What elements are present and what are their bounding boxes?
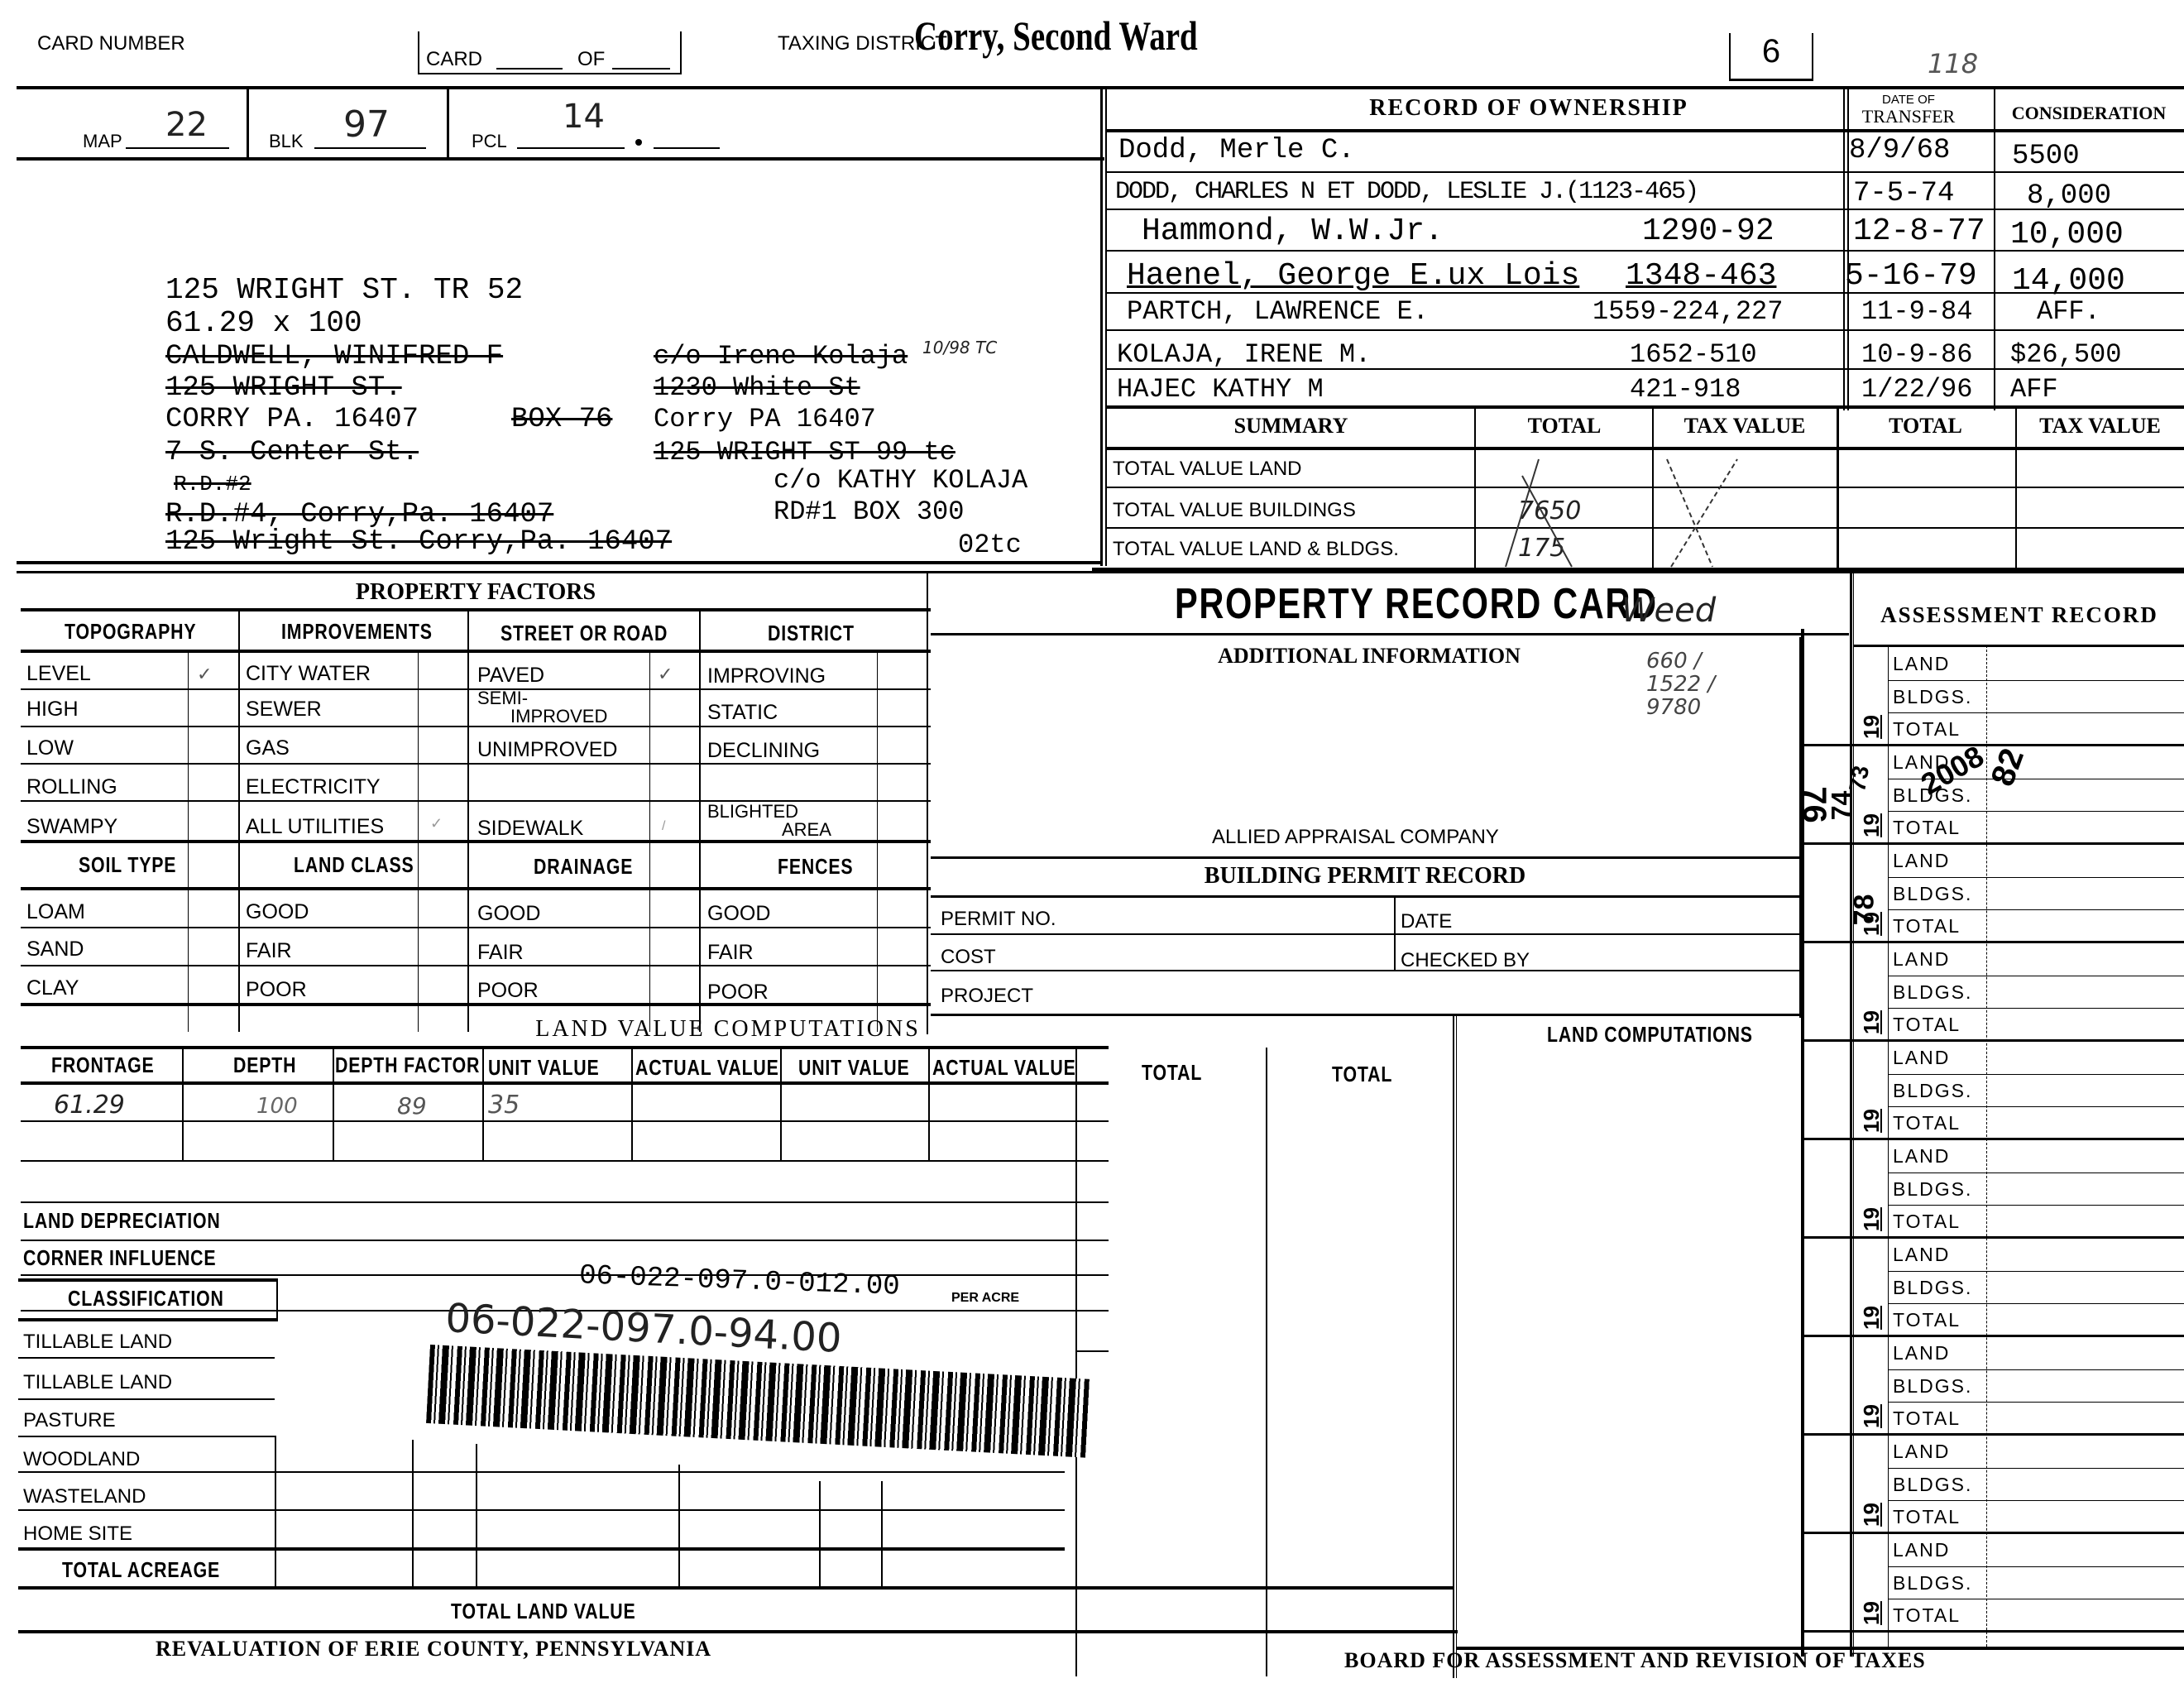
rule	[1453, 1016, 1454, 1678]
rule	[1075, 1350, 1109, 1352]
factor-low: LOW	[26, 736, 74, 760]
assessment-value-field[interactable]	[1988, 877, 2184, 910]
map-label: MAP	[83, 131, 122, 152]
old-box: BOX 76	[511, 404, 612, 435]
class-home-site: HOME SITE	[23, 1523, 132, 1546]
assessment-row-label: BLDGS.	[1893, 686, 1972, 708]
summary-title: SUMMARY	[1107, 414, 1475, 439]
corner-note: 118	[1928, 48, 1978, 79]
additional-info-handwritten: 660 / 1522 / 9780	[1646, 650, 1729, 719]
handwritten-year-73: 73	[1844, 764, 1875, 794]
summary-label: TOTAL VALUE LAND & BLDGS.	[1113, 538, 1399, 561]
old-care-of-note: 10/98 TC	[922, 338, 997, 357]
assessment-row-label: LAND	[1893, 948, 1950, 971]
transfer-date: 5-16-79	[1845, 258, 1977, 294]
frontage-value: 61.29	[54, 1091, 125, 1120]
old-owner-street: 125 WRIGHT ST.	[165, 372, 402, 404]
class-woodland: WOODLAND	[23, 1448, 140, 1471]
rule	[1888, 976, 2184, 976]
rule	[1107, 129, 2184, 132]
rule	[1456, 1016, 1457, 1678]
classification-label: CLASSIFICATION	[68, 1286, 224, 1312]
appraisal-company: ALLIED APPRAISAL COMPANY	[1212, 826, 1499, 849]
assessment-row-label: TOTAL	[1893, 1506, 1961, 1528]
rule	[1888, 1074, 2184, 1075]
taxing-district-label: TAXING DISTRICT	[778, 33, 885, 55]
ownership-title: RECORD OF OWNERSHIP	[1107, 95, 1951, 122]
assessment-value-field[interactable]	[1988, 1041, 2184, 1074]
care-of-city: Corry PA 16407	[654, 404, 876, 434]
permit-date-label[interactable]: DATE	[1401, 910, 1452, 933]
summary-col-total: TOTAL	[1477, 414, 1652, 439]
consideration: 14,000	[2012, 263, 2125, 299]
assessment-value-field[interactable]	[1988, 1369, 2184, 1403]
assessment-row-label: LAND	[1893, 1441, 1950, 1463]
rule	[17, 571, 2184, 573]
rule	[1801, 629, 1804, 1657]
assessment-value-field[interactable]	[1988, 1172, 2184, 1206]
rule	[1888, 1106, 2184, 1107]
check-paved[interactable]: ✓	[658, 664, 673, 685]
assessment-value-field[interactable]	[1988, 1238, 2184, 1271]
assessment-row-label: TOTAL	[1893, 1407, 1961, 1430]
rule	[699, 610, 701, 1032]
factor-rolling: ROLLING	[26, 775, 117, 799]
book-page: 1652-510	[1630, 339, 1757, 370]
rule	[1888, 1008, 2184, 1009]
blk-label: BLK	[269, 131, 304, 152]
assessment-row-label: BLDGS.	[1893, 1277, 1972, 1299]
rule	[1994, 88, 1995, 410]
rule	[18, 1547, 1065, 1551]
assessment-row-label: BLDGS.	[1893, 981, 1972, 1004]
signature: Weed	[1621, 592, 1716, 630]
col-total: TOTAL	[1142, 1060, 1202, 1086]
factor-semi-improved: SEMI-IMPROVED	[477, 689, 643, 726]
rule	[631, 1048, 633, 1160]
factor-blighted-area: BLIGHTEDAREA	[707, 803, 831, 839]
rule	[1107, 447, 2184, 450]
rule	[1100, 88, 1103, 566]
factor-declining: DECLINING	[707, 739, 820, 763]
rule	[482, 1048, 484, 1160]
old-care-of-street: 1230 White St	[654, 372, 860, 403]
class-tillable-2: TILLABLE LAND	[23, 1371, 172, 1394]
owner-name: Haenel, George E.ux Lois	[1127, 258, 1579, 294]
consideration: $26,500	[2010, 339, 2121, 370]
transfer-date: 10-9-86	[1861, 339, 1972, 370]
taxing-district-value: Corry, Second Ward	[914, 12, 1198, 60]
factor-level: LEVEL	[26, 662, 91, 686]
rule	[18, 1586, 1454, 1590]
assessment-title: ASSESSMENT RECORD	[1855, 602, 2184, 628]
drainage-poor: POOR	[477, 979, 539, 1003]
col-unit-value-2: UNIT VALUE	[798, 1055, 910, 1081]
rule	[18, 1509, 1065, 1511]
rule	[1888, 1500, 2184, 1501]
assessment-value-field[interactable]	[1988, 1533, 2184, 1566]
class-wasteland: WASTELAND	[23, 1485, 146, 1508]
address-line-2: 61.29 x 100	[165, 306, 362, 340]
total-acreage-label: TOTAL ACREAGE	[62, 1557, 220, 1583]
class-tillable-1: TILLABLE LAND	[23, 1331, 172, 1354]
assessment-row-label: BLDGS.	[1893, 883, 1972, 905]
rule	[1888, 1271, 2184, 1272]
summary-col-tax-value: TAX VALUE	[1653, 414, 1837, 439]
rule	[1394, 897, 1396, 971]
pcl-suffix-field[interactable]	[654, 147, 720, 149]
rule	[21, 1274, 1109, 1276]
assessment-row-label: LAND	[1893, 850, 1950, 872]
pcl-value: 14	[563, 98, 605, 136]
drainage-good: GOOD	[477, 902, 540, 926]
factor-improving: IMPROVING	[707, 664, 826, 688]
rule	[1803, 1630, 2184, 1633]
owner-name: KOLAJA, IRENE M.	[1117, 339, 1371, 370]
rule	[238, 610, 240, 1032]
rule	[1107, 405, 2184, 409]
rule	[18, 1436, 275, 1437]
rule	[18, 1398, 275, 1400]
handwritten-year-1978: 78	[1848, 894, 1880, 926]
rule	[931, 895, 1799, 898]
assessment-year-prefix: 19	[1859, 813, 1885, 837]
consideration: AFF	[2010, 374, 2058, 405]
rule	[1107, 329, 2184, 331]
card-field[interactable]	[496, 68, 563, 70]
total-land-value-label: TOTAL LAND VALUE	[451, 1599, 636, 1624]
card-number-label: CARD NUMBER	[37, 33, 153, 55]
rule	[21, 763, 931, 765]
footer-left: REVALUATION OF ERIE COUNTY, PENNSYLVANIA	[156, 1637, 711, 1662]
rule	[1107, 209, 2184, 210]
transfer-date: 1/22/96	[1861, 374, 1972, 405]
rule	[931, 933, 1799, 935]
old-owner-name: CALDWELL, WINIFRED F	[165, 341, 503, 372]
assessment-row-label: LAND	[1893, 1047, 1950, 1069]
assessment-row-label: LAND	[1893, 1539, 1950, 1561]
rule	[447, 88, 449, 159]
assessment-row-label: LAND	[1893, 1244, 1950, 1266]
consideration: 10,000	[2010, 217, 2124, 252]
pcl-label: PCL	[472, 131, 507, 152]
col-unit-value: UNIT VALUE	[488, 1055, 600, 1081]
property-factors-title: PROPERTY FACTORS	[21, 579, 931, 606]
transfer-date: 8/9/68	[1849, 135, 1950, 166]
owner-name: PARTCH, LAWRENCE E.	[1127, 296, 1429, 327]
land-depreciation-label: LAND DEPRECIATION	[23, 1208, 221, 1234]
check-level[interactable]: ✓	[197, 664, 212, 685]
box-number: 6	[1729, 33, 1813, 81]
handwritten-year-74: 74	[1826, 791, 1856, 821]
blk-field[interactable]	[314, 147, 426, 149]
assessment-value-field[interactable]	[1988, 1008, 2184, 1041]
col-depth: DEPTH	[233, 1053, 296, 1078]
assessment-value-field[interactable]	[1988, 1074, 2184, 1107]
barcode	[426, 1345, 1091, 1458]
assessment-year-prefix: 19	[1859, 1306, 1885, 1330]
transfer-date: 7-5-74	[1853, 178, 1954, 209]
assessment-value-field[interactable]	[1988, 1599, 2184, 1632]
old-address-4: 125 Wright St. Corry,Pa. 16407	[165, 526, 672, 558]
summary-col-total-2: TOTAL	[1837, 414, 2014, 439]
rule	[1888, 1402, 2184, 1403]
factor-static: STATIC	[707, 701, 778, 725]
summary-label: TOTAL VALUE BUILDINGS	[1113, 499, 1356, 522]
date-of-label: DATE OF	[1846, 93, 1971, 107]
rule	[1075, 1048, 1077, 1676]
blk-value: 97	[343, 103, 390, 146]
assessment-value-field[interactable]	[1988, 1566, 2184, 1599]
rule	[21, 965, 931, 966]
assessment-row-label: TOTAL	[1893, 1309, 1961, 1331]
assessment-value-field[interactable]	[1988, 1336, 2184, 1369]
assessment-row-label: LAND	[1893, 1145, 1950, 1168]
rule	[17, 157, 1104, 161]
rule	[275, 1436, 276, 1586]
of-label: OF	[577, 48, 605, 71]
rule	[17, 561, 1100, 564]
rule	[1888, 1172, 2184, 1173]
assessment-value-field[interactable]	[1988, 811, 2184, 844]
map-value: 22	[165, 106, 208, 144]
old-care-of: c/o Irene Kolaja	[654, 341, 908, 372]
rule	[21, 1160, 1109, 1162]
old-address-2: R.D.#2	[174, 472, 251, 496]
card-title: PROPERTY RECORD CARD	[1175, 579, 1658, 629]
rule	[931, 970, 1799, 971]
assessment-value-field[interactable]	[1988, 647, 2184, 680]
col-actual-value: ACTUAL VALUE	[635, 1055, 779, 1081]
assessment-row-label: TOTAL	[1893, 1014, 1961, 1036]
rule	[2015, 409, 2017, 568]
assessment-value-field[interactable]	[1988, 1139, 2184, 1172]
assessment-value-field[interactable]	[1988, 1303, 2184, 1336]
building-permit-title: BUILDING PERMIT RECORD	[931, 863, 1799, 890]
map-field[interactable]	[126, 147, 229, 149]
topography-header: TOPOGRAPHY	[65, 619, 196, 645]
assessment-value-field[interactable]	[1988, 1435, 2184, 1468]
transfer-label: TRANSFER	[1846, 106, 1971, 127]
old-street-99: 125 WRIGHT ST 99 tc	[654, 437, 955, 468]
factor-electricity: ELECTRICITY	[246, 775, 381, 799]
project-label[interactable]: PROJECT	[941, 985, 1033, 1008]
assessment-row-label: TOTAL	[1893, 915, 1961, 938]
of-field[interactable]	[612, 68, 670, 70]
assessment-value-field[interactable]	[1988, 976, 2184, 1009]
rule	[1853, 573, 1854, 1657]
rule	[1843, 88, 1845, 410]
rule	[928, 1048, 930, 1160]
rule	[1888, 1599, 2184, 1599]
rule	[18, 1471, 1065, 1473]
assessment-row-label: BLDGS.	[1893, 1572, 1972, 1594]
consideration: 8,000	[2027, 180, 2111, 212]
rule	[182, 1048, 184, 1160]
rule	[1888, 1303, 2184, 1304]
assessment-value-field[interactable]	[1988, 1205, 2184, 1238]
factor-swampy: SWAMPY	[26, 815, 117, 839]
assessment-year-prefix: 19	[1859, 1404, 1885, 1428]
footer-right: BOARD FOR ASSESSMENT AND REVISION OF TAX…	[1344, 1648, 1926, 1673]
assessment-value-field[interactable]	[1988, 680, 2184, 713]
consideration-header: CONSIDERATION	[1994, 103, 2184, 124]
pcl-field[interactable]	[517, 147, 625, 149]
summary-col-tax-value-2: TAX VALUE	[2016, 414, 2184, 439]
barcode-printed-id: 06-022-097.0-012.00	[578, 1260, 900, 1303]
factor-high: HIGH	[26, 698, 79, 722]
transfer-date: 11-9-84	[1861, 296, 1972, 327]
care-of-name: c/o KATHY KOLAJA	[773, 465, 1027, 496]
soil-type-header: SOIL TYPE	[79, 852, 176, 878]
rule	[21, 1003, 931, 1006]
rule	[1888, 645, 1889, 1647]
assessment-year-prefix: 19	[1859, 1503, 1885, 1527]
rule	[21, 840, 931, 843]
consideration: 5500	[2012, 141, 2080, 172]
old-address-1: 7 S. Center St.	[165, 437, 419, 468]
assessment-row-label: TOTAL	[1893, 718, 1961, 741]
owner-name: Hammond, W.W.Jr.	[1142, 213, 1444, 249]
fences-poor: POOR	[707, 981, 769, 1005]
assessment-year-prefix: 19	[1859, 1109, 1885, 1133]
rule	[1888, 1205, 2184, 1206]
assessment-value-field[interactable]	[1988, 844, 2184, 877]
rule	[780, 1048, 782, 1160]
rule	[1105, 88, 1107, 566]
rule	[412, 1440, 414, 1586]
pcl-dot	[635, 139, 642, 146]
col-frontage: FRONTAGE	[51, 1053, 155, 1078]
assessment-row-label: TOTAL	[1893, 1112, 1961, 1134]
unit-value: 35	[488, 1091, 520, 1120]
rule	[1888, 1566, 2184, 1567]
assessment-year-prefix: 19	[1859, 1207, 1885, 1231]
depth-value: 100	[256, 1094, 298, 1119]
rule	[931, 856, 1799, 859]
permit-no-label[interactable]: PERMIT NO.	[941, 908, 1056, 931]
land-value-title: LAND VALUE COMPUTATIONS	[21, 1016, 1435, 1043]
rule	[931, 633, 1849, 635]
rule	[819, 1481, 821, 1586]
rule	[1837, 409, 1839, 568]
rule	[333, 1048, 334, 1160]
assessment-year-prefix: 19	[1859, 1601, 1885, 1625]
rule	[21, 608, 931, 611]
rule	[1888, 712, 2184, 713]
district-header: DISTRICT	[768, 621, 855, 646]
rule	[21, 688, 931, 690]
cost-label[interactable]: COST	[941, 946, 996, 969]
book-page: 421-918	[1630, 374, 1741, 405]
rule	[1888, 680, 2184, 681]
rule	[467, 610, 469, 1032]
rule	[21, 1240, 1109, 1241]
assessment-value-field[interactable]	[1988, 1271, 2184, 1304]
check-sidewalk[interactable]: /	[662, 819, 665, 834]
fences-fair: FAIR	[707, 941, 754, 965]
rule	[1888, 811, 2184, 812]
owner-city: CORRY PA. 16407	[165, 404, 419, 435]
rule	[881, 1481, 883, 1586]
class-pasture: PASTURE	[23, 1409, 116, 1432]
rule	[21, 887, 931, 890]
assessment-row-label: BLDGS.	[1893, 1080, 1972, 1102]
consideration: AFF.	[2037, 296, 2100, 327]
assessment-row-label: LAND	[1893, 1342, 1950, 1364]
factor-paved: PAVED	[477, 664, 544, 688]
rule	[1888, 1369, 2184, 1370]
owner-name: HAJEC KATHY M	[1117, 374, 1324, 405]
rule	[247, 88, 249, 159]
factor-unimproved: UNIMPROVED	[477, 738, 617, 762]
summary-label: TOTAL VALUE LAND	[1113, 458, 1302, 481]
col-total-2: TOTAL	[1332, 1062, 1392, 1087]
rule	[1888, 909, 2184, 910]
rule	[21, 1081, 1109, 1085]
rule	[21, 1120, 1109, 1122]
assessment-value-field[interactable]	[1988, 1468, 2184, 1501]
check-all-utilities[interactable]: ✓	[430, 815, 443, 832]
rule	[21, 927, 931, 928]
rule	[21, 726, 931, 727]
rule	[21, 650, 931, 653]
assessment-row-label: LAND	[1893, 653, 1950, 675]
rule	[18, 1357, 275, 1359]
assessment-value-field[interactable]	[1988, 942, 2184, 976]
assessment-value-field[interactable]	[1988, 1500, 2184, 1533]
checked-by-label[interactable]: CHECKED BY	[1401, 949, 1530, 972]
fences-good: GOOD	[707, 902, 770, 926]
assessment-value-field[interactable]	[1988, 712, 2184, 746]
rule	[21, 1046, 1109, 1049]
rule	[476, 1444, 477, 1586]
address-line-1: 125 WRIGHT ST. TR 52	[165, 273, 523, 307]
rule	[1888, 877, 2184, 878]
assessment-year-prefix: 19	[1859, 1010, 1885, 1034]
factor-sidewalk: SIDEWALK	[477, 817, 583, 841]
assessment-row-label: BLDGS.	[1893, 1474, 1972, 1496]
book-page: 1290-92	[1642, 213, 1774, 249]
depth-factor-value: 89	[397, 1092, 427, 1120]
assessment-value-field[interactable]	[1988, 909, 2184, 942]
fences-header: FENCES	[778, 854, 853, 880]
rule	[21, 1201, 1109, 1203]
code: 02tc	[958, 530, 1022, 560]
transfer-date: 12-8-77	[1853, 213, 1985, 249]
land-class-header: LAND CLASS	[294, 852, 414, 878]
land-class-fair: FAIR	[246, 939, 292, 963]
assessment-value-field[interactable]	[1988, 1402, 2184, 1435]
book-page: 1348-463	[1626, 258, 1776, 294]
factor-sewer: SEWER	[246, 698, 322, 722]
factor-all-utilities: ALL UTILITIES	[246, 815, 384, 839]
drainage-fair: FAIR	[477, 941, 524, 965]
rule	[18, 1630, 1458, 1633]
assessment-value-field[interactable]	[1988, 1106, 2184, 1139]
assessment-row-label: BLDGS.	[1893, 1178, 1972, 1201]
assessment-row-label: BLDGS.	[1893, 1375, 1972, 1398]
corner-influence-label: CORNER INFLUENCE	[23, 1245, 216, 1271]
owner-name: Dodd, Merle C.	[1118, 135, 1355, 166]
per-acre-label: PER ACRE	[951, 1291, 1019, 1306]
rule	[678, 1465, 680, 1586]
land-class-poor: POOR	[246, 978, 307, 1002]
owner-name: DODD, CHARLES N ET DODD, LESLIE J.(1123-…	[1115, 178, 1698, 206]
improvements-header: IMPROVEMENTS	[281, 619, 433, 645]
assessment-row-label: TOTAL	[1893, 817, 1961, 839]
street-road-header: STREET OR ROAD	[500, 621, 668, 646]
